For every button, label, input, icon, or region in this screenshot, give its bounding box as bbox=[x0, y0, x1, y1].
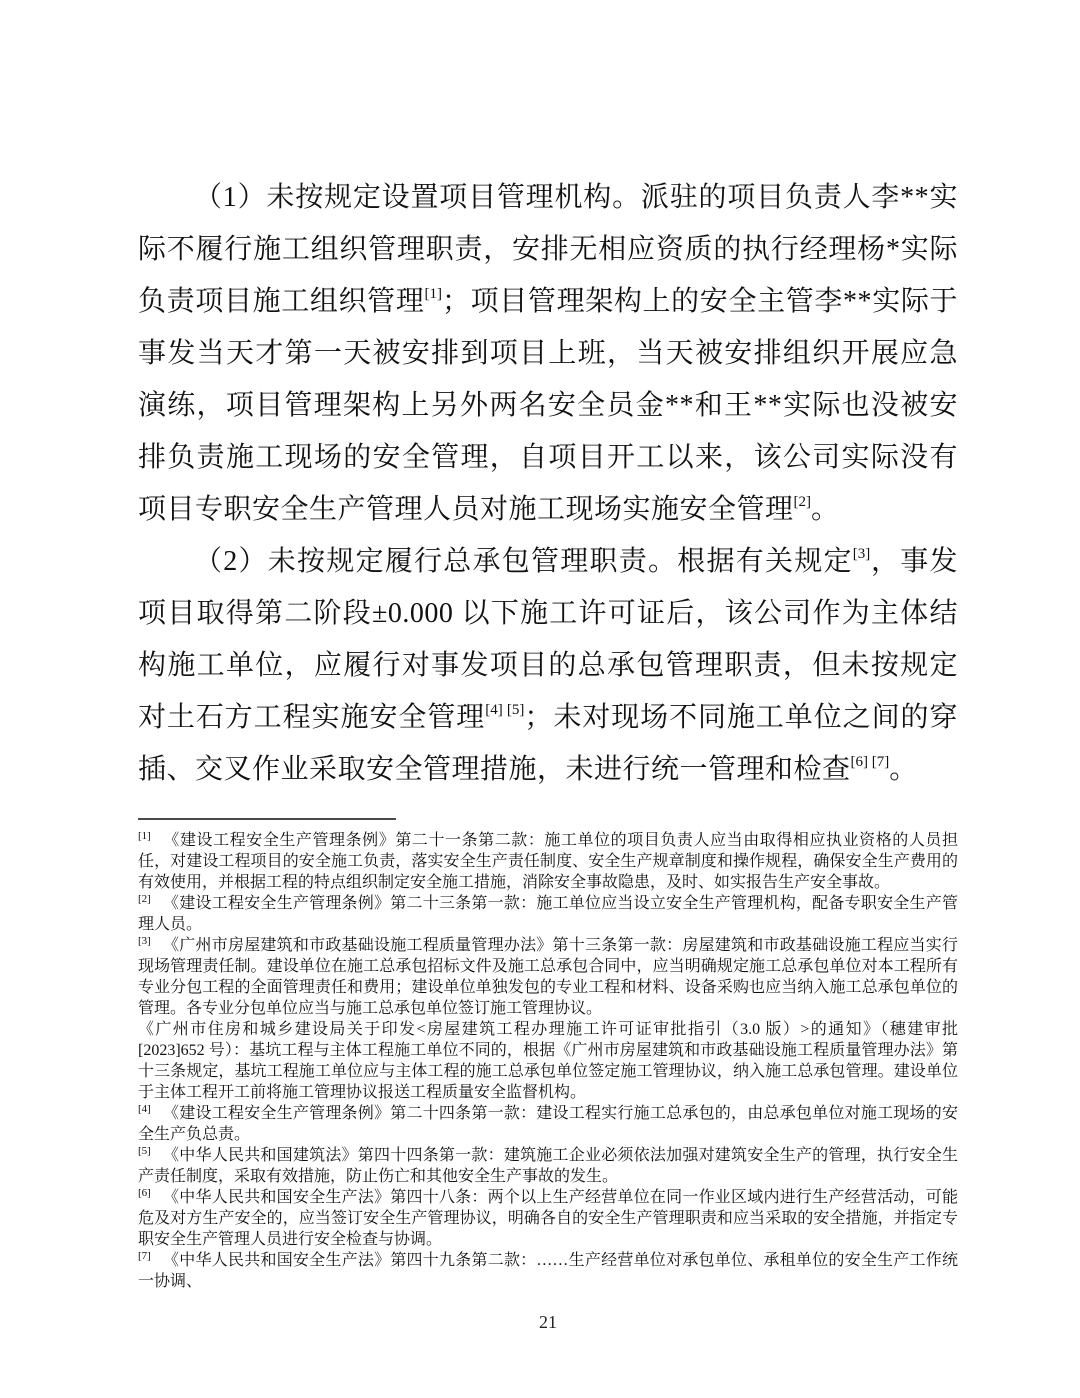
footnote-item: [6]《中华人民共和国安全生产法》第四十八条：两个以上生产经营单位在同一作业区域… bbox=[138, 1187, 958, 1250]
body-text: （1）未按规定设置项目管理机构。派驻的项目负责人李**实际不履行施工组织管理职责… bbox=[138, 172, 958, 796]
paragraph-text: ；项目管理架构上的安全主管李**实际于事发当天才第一天被安排到项目上班，当天被安… bbox=[138, 286, 958, 525]
footnote-separator bbox=[138, 818, 396, 820]
paragraph-2: （2）未按规定履行总承包管理职责。根据有关规定[3]，事发项目取得第二阶段±0.… bbox=[138, 536, 958, 796]
footnote-text: 《广州市房屋建筑和市政基础设施工程质量管理办法》第十三条第一款：房屋建筑和市政基… bbox=[138, 937, 958, 1017]
footnote-ref-6-7: [6] [7] bbox=[851, 754, 890, 770]
footnote-marker: [5] bbox=[138, 1145, 151, 1157]
footnote-text: 《建设工程安全生产管理条例》第二十四条第一款：建设工程实行施工总承包的，由总承包… bbox=[138, 1105, 958, 1143]
paragraph-text: 。 bbox=[889, 754, 918, 785]
footnote-ref-3: [3] bbox=[853, 546, 871, 562]
paragraph-1: （1）未按规定设置项目管理机构。派驻的项目负责人李**实际不履行施工组织管理职责… bbox=[138, 172, 958, 536]
footnote-item: [5]《中华人民共和国建筑法》第四十四条第一款：建筑施工企业必须依法加强对建筑安… bbox=[138, 1145, 958, 1187]
footnote-item: [2]《建设工程安全生产管理条例》第二十三条第一款：施工单位应当设立安全生产管理… bbox=[138, 893, 958, 935]
footnote-text: 《中华人民共和国安全生产法》第四十八条：两个以上生产经营单位在同一作业区域内进行… bbox=[138, 1189, 958, 1248]
footnote-text: 《中华人民共和国安全生产法》第四十九条第二款：……生产经营单位对承包单位、承租单… bbox=[138, 1252, 958, 1290]
footnote-marker: [2] bbox=[138, 893, 151, 905]
footnote-text: 《建设工程安全生产管理条例》第二十一条第二款：施工单位的项目负责人应当由取得相应… bbox=[138, 832, 958, 891]
footnote-marker: [6] bbox=[138, 1187, 151, 1199]
document-page: （1）未按规定设置项目管理机构。派驻的项目负责人李**实际不履行施工组织管理职责… bbox=[0, 0, 1080, 1398]
footnotes: [1]《建设工程安全生产管理条例》第二十一条第二款：施工单位的项目负责人应当由取… bbox=[138, 830, 958, 1292]
page-number: 21 bbox=[138, 1312, 958, 1333]
footnote-text: 《中华人民共和国建筑法》第四十四条第一款：建筑施工企业必须依法加强对建筑安全生产… bbox=[138, 1147, 958, 1185]
page-content: （1）未按规定设置项目管理机构。派驻的项目负责人李**实际不履行施工组织管理职责… bbox=[138, 172, 958, 1292]
footnote-marker: [1] bbox=[138, 830, 151, 842]
footnote-item: [7]《中华人民共和国安全生产法》第四十九条第二款：……生产经营单位对承包单位、… bbox=[138, 1250, 958, 1292]
footnote-item: [4]《建设工程安全生产管理条例》第二十四条第一款：建设工程实行施工总承包的，由… bbox=[138, 1103, 958, 1145]
footnote-item: [1]《建设工程安全生产管理条例》第二十一条第二款：施工单位的项目负责人应当由取… bbox=[138, 830, 958, 893]
footnote-ref-1: [1] bbox=[424, 286, 442, 302]
paragraph-text: （2）未按规定履行总承包管理职责。根据有关规定 bbox=[194, 546, 853, 577]
footnote-marker: [3] bbox=[138, 935, 151, 947]
footnote-marker: [4] bbox=[138, 1103, 151, 1115]
footnote-text: 《建设工程安全生产管理条例》第二十三条第一款：施工单位应当设立安全生产管理机构，… bbox=[138, 895, 958, 933]
paragraph-text: 。 bbox=[811, 494, 840, 525]
footnote-item: 《广州市住房和城乡建设局关于印发<房屋建筑工程办理施工许可证审批指引（3.0 版… bbox=[138, 1019, 958, 1103]
footnote-ref-2: [2] bbox=[794, 494, 812, 510]
footnote-item: [3]《广州市房屋建筑和市政基础设施工程质量管理办法》第十三条第一款：房屋建筑和… bbox=[138, 935, 958, 1019]
footnote-marker: [7] bbox=[138, 1250, 151, 1262]
footnote-text: 《广州市住房和城乡建设局关于印发<房屋建筑工程办理施工许可证审批指引（3.0 版… bbox=[138, 1021, 958, 1101]
footnote-ref-4-5: [4] [5] bbox=[485, 702, 524, 718]
